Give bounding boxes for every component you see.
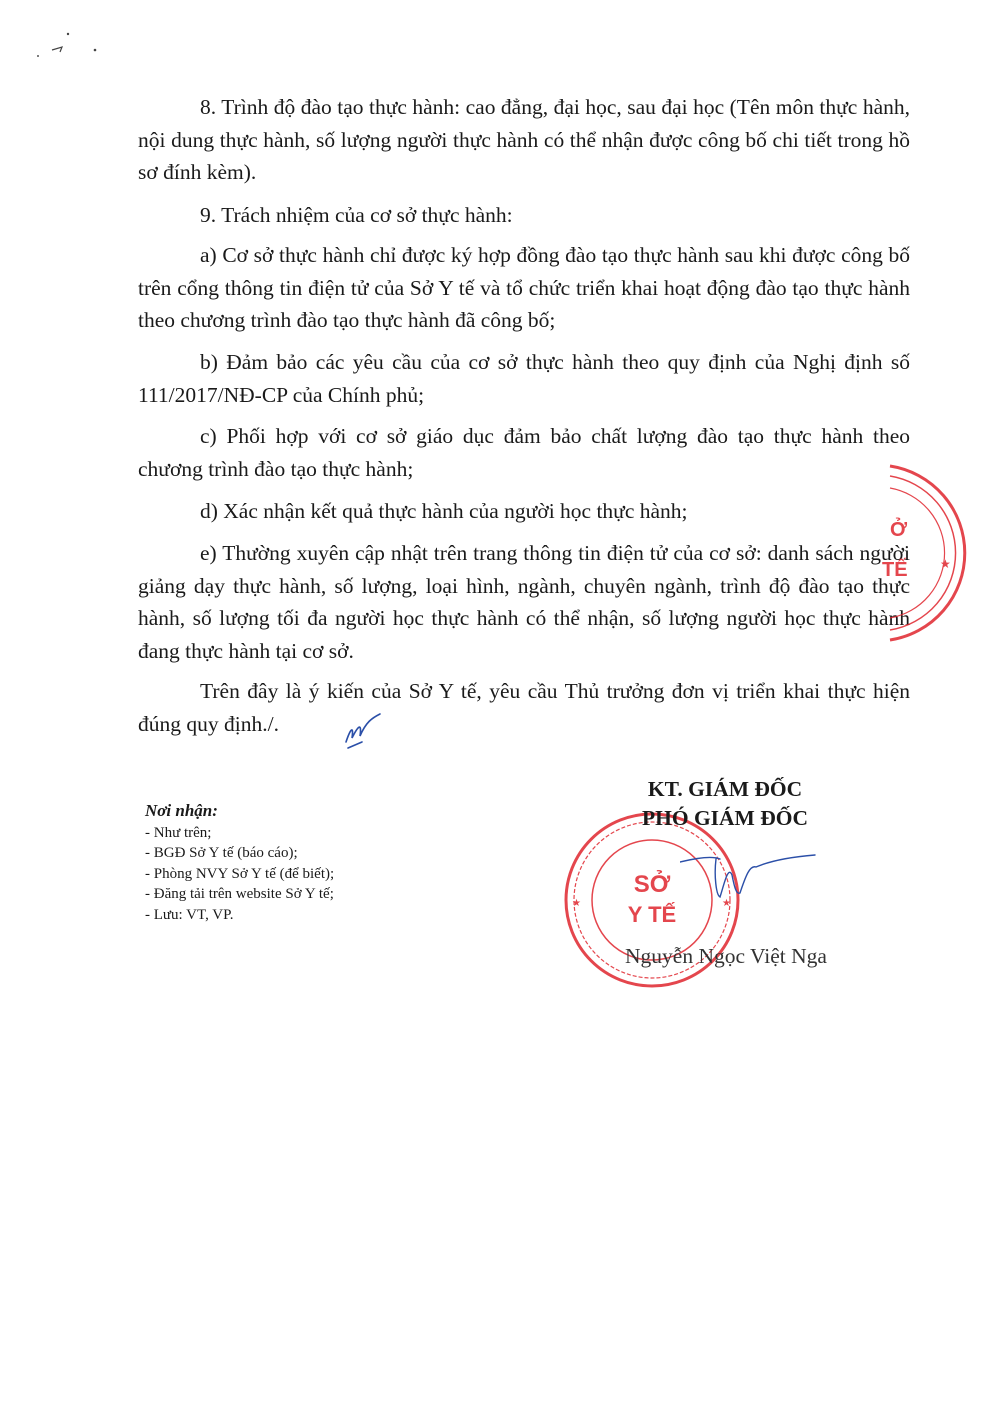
signature-block: KT. GIÁM ĐỐC PHÓ GIÁM ĐỐC xyxy=(560,775,890,833)
recipient-item: - Lưu: VT, VP. xyxy=(145,905,334,926)
scan-specks-icon xyxy=(30,30,110,60)
paragraph-d-text: d) Xác nhận kết quả thực hành của người … xyxy=(138,495,910,528)
initials-mark-icon xyxy=(340,712,384,752)
paragraph-b: b) Đảm bảo các yêu cầu của cơ sở thực hà… xyxy=(138,346,910,411)
paragraph-a-text: a) Cơ sở thực hành chỉ được ký hợp đồng … xyxy=(138,239,910,337)
recipient-item: - BGĐ Sở Y tế (báo cáo); xyxy=(145,843,334,864)
paragraph-8-text: 8. Trình độ đào tạo thực hành: cao đẳng,… xyxy=(138,91,910,189)
signature-title-line2: PHÓ GIÁM ĐỐC xyxy=(560,804,890,833)
signer-name: Nguyễn Ngọc Việt Nga xyxy=(625,944,827,969)
paragraph-d: d) Xác nhận kết quả thực hành của người … xyxy=(138,495,910,528)
paragraph-8: 8. Trình độ đào tạo thực hành: cao đẳng,… xyxy=(138,91,910,189)
svg-text:Ở: Ở xyxy=(890,517,908,541)
recipients-list: Nơi nhận: - Như trên; - BGĐ Sở Y tế (báo… xyxy=(145,800,334,925)
paragraph-b-text: b) Đảm bảo các yêu cầu của cơ sở thực hà… xyxy=(138,346,910,411)
svg-text:★: ★ xyxy=(940,557,951,571)
svg-text:★: ★ xyxy=(572,898,581,909)
paragraph-9-text: 9. Trách nhiệm của cơ sở thực hành: xyxy=(138,199,910,232)
recipient-item: - Đăng tải trên website Sở Y tế; xyxy=(145,884,334,905)
paragraph-a: a) Cơ sở thực hành chỉ được ký hợp đồng … xyxy=(138,239,910,337)
paragraph-c-text: c) Phối hợp với cơ sở giáo dục đảm bảo c… xyxy=(138,420,910,485)
paragraph-9: 9. Trách nhiệm của cơ sở thực hành: xyxy=(138,199,910,232)
signature-title-line1: KT. GIÁM ĐỐC xyxy=(560,775,890,804)
stamp-center-line2: Y TẾ xyxy=(628,902,677,927)
recipient-item: - Như trên; xyxy=(145,823,334,844)
handwritten-signature-icon xyxy=(680,845,820,925)
svg-text:TẾ: TẾ xyxy=(882,558,908,581)
paragraph-e-text: e) Thường xuyên cập nhật trên trang thôn… xyxy=(138,537,910,667)
recipient-item: - Phòng NVY Sở Y tế (để biết); xyxy=(145,864,334,885)
closing-paragraph: Trên đây là ý kiến của Sở Y tế, yêu cầu … xyxy=(138,675,910,740)
paragraph-e: e) Thường xuyên cập nhật trên trang thôn… xyxy=(138,537,910,667)
paragraph-c: c) Phối hợp với cơ sở giáo dục đảm bảo c… xyxy=(138,420,910,485)
recipients-heading: Nơi nhận: xyxy=(145,801,218,820)
stamp-center-line1: SỞ xyxy=(634,869,671,898)
partial-stamp-icon: Ở TẾ ★ xyxy=(880,458,1000,648)
closing-paragraph-text: Trên đây là ý kiến của Sở Y tế, yêu cầu … xyxy=(138,675,910,740)
document-page: 8. Trình độ đào tạo thực hành: cao đẳng,… xyxy=(0,0,1000,1426)
